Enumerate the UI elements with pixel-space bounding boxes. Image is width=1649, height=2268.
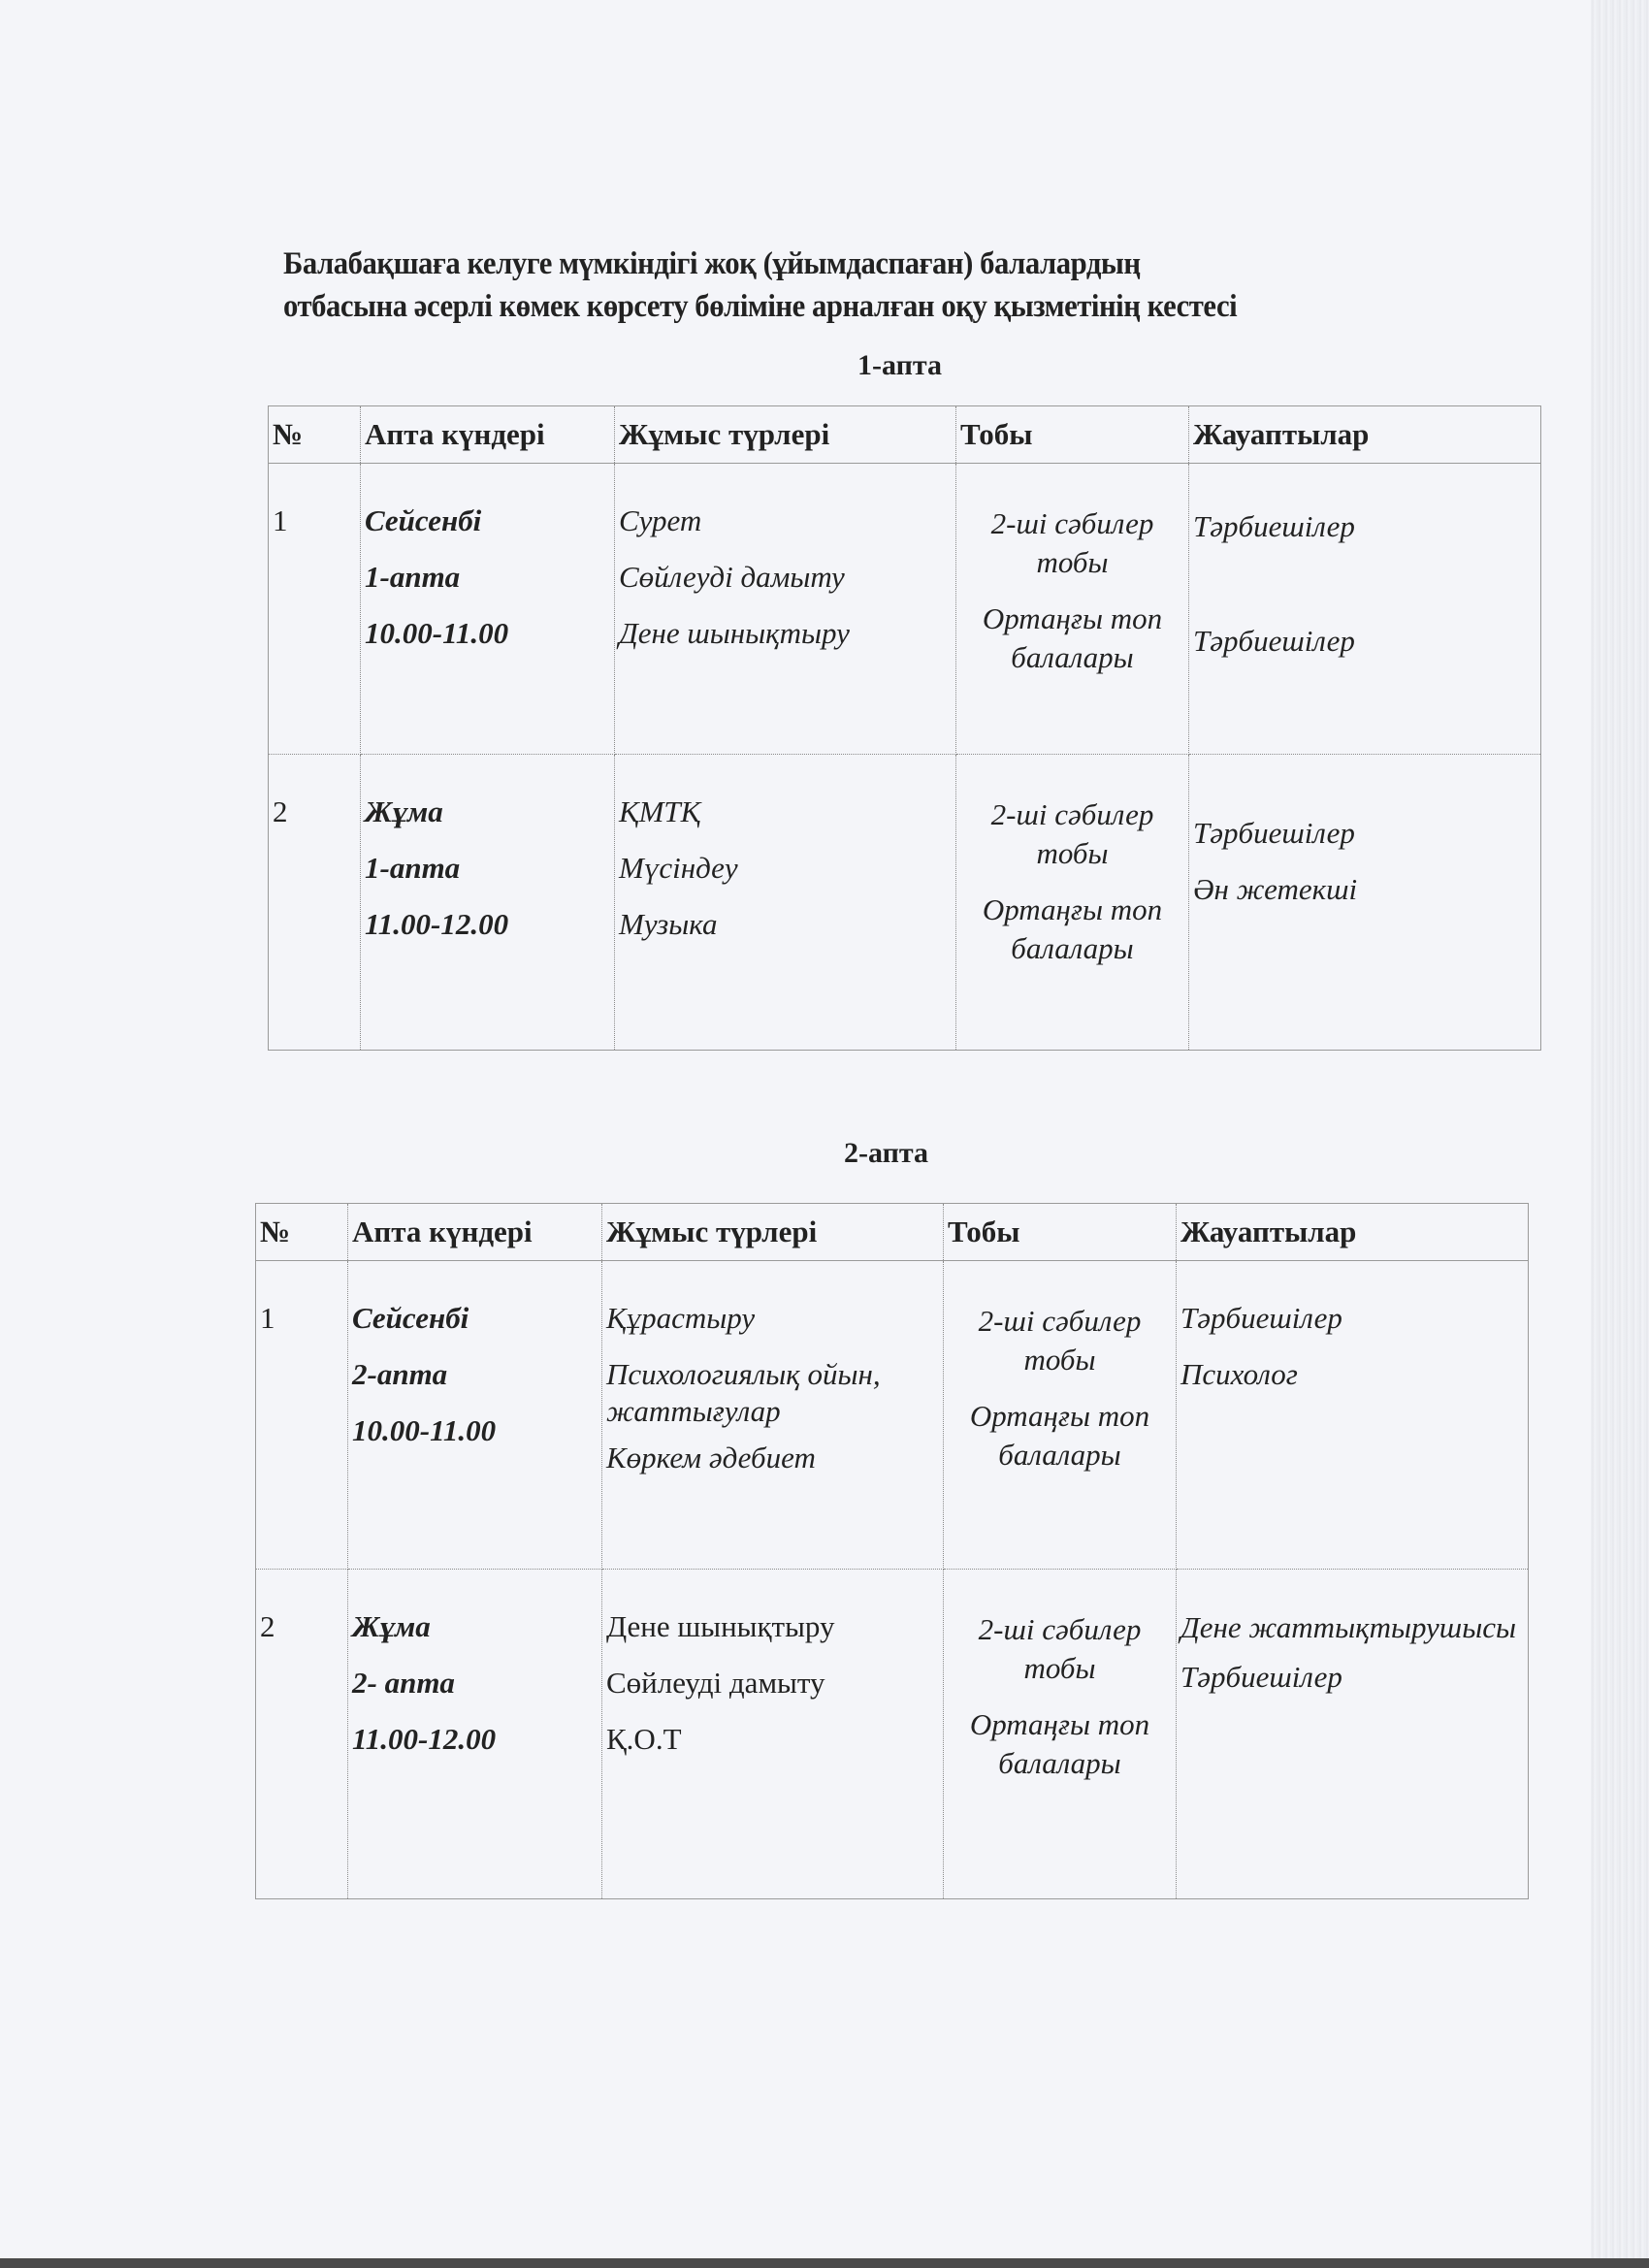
week-label: 2- апта — [352, 1655, 598, 1711]
document-title: Балабақшаға келуге мүмкіндігі жоқ (ұйымд… — [283, 243, 1474, 328]
week-2-table: № Апта күндері Жұмыс түрлері Тобы Жауапт… — [255, 1203, 1529, 1899]
group: Ортаңғы топ балалары — [960, 891, 1184, 968]
col-header-responsible: Жауаптылар — [1177, 1204, 1529, 1261]
week-2-title: 2-апта — [844, 1137, 928, 1170]
row-number: 1 — [256, 1261, 348, 1570]
table-row: 1 Сейсенбі 1-апта 10.00-11.00 Сурет Сөйл… — [269, 464, 1541, 755]
col-header-group: Тобы — [944, 1204, 1177, 1261]
group-cell: 2-ші сәбилер тобы Ортаңғы топ балалары — [956, 464, 1189, 755]
table-row: 2 Жұма 2- апта 11.00-12.00 Дене шынықтыр… — [256, 1570, 1529, 1899]
activity: Дене шынықтыру — [619, 605, 952, 662]
group: 2-ші сәбилер тобы — [948, 1610, 1172, 1688]
responsible: Ән жетекші — [1193, 861, 1536, 918]
responsible-cell: Тәрбиешілер Психолог — [1177, 1261, 1529, 1570]
day-cell: Сейсенбі 2-апта 10.00-11.00 — [348, 1261, 602, 1570]
responsible-cell: Тәрбиешілер Ән жетекші — [1189, 755, 1541, 1051]
activity: Музыка — [619, 896, 952, 953]
responsible: Тәрбиешілер — [1180, 1290, 1524, 1346]
activities-cell: Дене шынықтыру Сөйлеуді дамыту Қ.О.Т — [602, 1570, 944, 1899]
group: Ортаңғы топ балалары — [948, 1705, 1172, 1783]
responsible: Тәрбиешілер — [1193, 499, 1536, 555]
col-header-number: № — [269, 406, 361, 464]
group-cell: 2-ші сәбилер тобы Ортаңғы топ балалары — [944, 1570, 1177, 1899]
title-line-2: отбасына әсерлі көмек көрсету бөліміне а… — [283, 285, 1474, 328]
responsible: Тәрбиешілер — [1180, 1649, 1524, 1705]
col-header-group: Тобы — [956, 406, 1189, 464]
table-header-row: № Апта күндері Жұмыс түрлері Тобы Жауапт… — [269, 406, 1541, 464]
day-cell: Жұма 2- апта 11.00-12.00 — [348, 1570, 602, 1899]
col-header-days: Апта күндері — [361, 406, 615, 464]
row-number: 2 — [269, 755, 361, 1051]
day-name: Жұма — [365, 784, 610, 840]
col-header-responsible: Жауаптылар — [1189, 406, 1541, 464]
responsible-cell: Дене жаттықтырушысы Тәрбиешілер — [1177, 1570, 1529, 1899]
activity: Мүсіндеу — [619, 840, 952, 896]
group: Ортаңғы топ балалары — [960, 599, 1184, 677]
time-range: 11.00-12.00 — [352, 1711, 598, 1767]
time-range: 10.00-11.00 — [365, 605, 610, 662]
col-header-activities: Жұмыс түрлері — [602, 1204, 944, 1261]
responsible: Тәрбиешілер — [1193, 613, 1536, 669]
col-header-days: Апта күндері — [348, 1204, 602, 1261]
day-name: Жұма — [352, 1599, 598, 1655]
row-number: 2 — [256, 1570, 348, 1899]
scan-bottom-edge — [0, 2258, 1649, 2268]
week-label: 2-апта — [352, 1346, 598, 1403]
group: 2-ші сәбилер тобы — [960, 795, 1184, 873]
day-cell: Жұма 1-апта 11.00-12.00 — [361, 755, 615, 1051]
activity: Сурет — [619, 493, 952, 549]
day-cell: Сейсенбі 1-апта 10.00-11.00 — [361, 464, 615, 755]
week-1-title: 1-апта — [857, 349, 942, 382]
col-header-number: № — [256, 1204, 348, 1261]
responsible-cell: Тәрбиешілер Тәрбиешілер — [1189, 464, 1541, 755]
group: 2-ші сәбилер тобы — [960, 504, 1184, 582]
group-cell: 2-ші сәбилер тобы Ортаңғы топ балалары — [944, 1261, 1177, 1570]
activities-cell: Сурет Сөйлеуді дамыту Дене шынықтыру — [615, 464, 956, 755]
table-row: 2 Жұма 1-апта 11.00-12.00 ҚМТҚ Мүсіндеу … — [269, 755, 1541, 1051]
activities-cell: Құрастыру Психологиялық ойын, жаттығулар… — [602, 1261, 944, 1570]
activity: Қ.О.Т — [606, 1711, 939, 1767]
activity: Сөйлеуді дамыту — [619, 549, 952, 605]
time-range: 11.00-12.00 — [365, 896, 610, 953]
activity: Сөйлеуді дамыту — [606, 1655, 939, 1711]
table-row: 1 Сейсенбі 2-апта 10.00-11.00 Құрастыру … — [256, 1261, 1529, 1570]
activity: Көркем әдебиет — [606, 1430, 939, 1486]
responsible: Тәрбиешілер — [1193, 805, 1536, 861]
table-header-row: № Апта күндері Жұмыс түрлері Тобы Жауапт… — [256, 1204, 1529, 1261]
group-cell: 2-ші сәбилер тобы Ортаңғы топ балалары — [956, 755, 1189, 1051]
row-number: 1 — [269, 464, 361, 755]
responsible: Психолог — [1180, 1346, 1524, 1403]
activities-cell: ҚМТҚ Мүсіндеу Музыка — [615, 755, 956, 1051]
week-label: 1-апта — [365, 840, 610, 896]
activity: Құрастыру — [606, 1290, 939, 1346]
col-header-activities: Жұмыс түрлері — [615, 406, 956, 464]
activity: Дене шынықтыру — [606, 1599, 939, 1655]
time-range: 10.00-11.00 — [352, 1403, 598, 1459]
group: Ортаңғы топ балалары — [948, 1397, 1172, 1474]
activity: Психологиялық ойын, жаттығулар — [606, 1356, 939, 1430]
day-name: Сейсенбі — [365, 493, 610, 549]
responsible: Дене жаттықтырушысы — [1180, 1606, 1524, 1649]
week-label: 1-апта — [365, 549, 610, 605]
activity: ҚМТҚ — [619, 784, 952, 840]
day-name: Сейсенбі — [352, 1290, 598, 1346]
title-line-1: Балабақшаға келуге мүмкіндігі жоқ (ұйымд… — [283, 243, 1474, 285]
week-1-table: № Апта күндері Жұмыс түрлері Тобы Жауапт… — [268, 405, 1541, 1051]
group: 2-ші сәбилер тобы — [948, 1302, 1172, 1379]
scan-edge-artifact — [1591, 0, 1649, 2268]
